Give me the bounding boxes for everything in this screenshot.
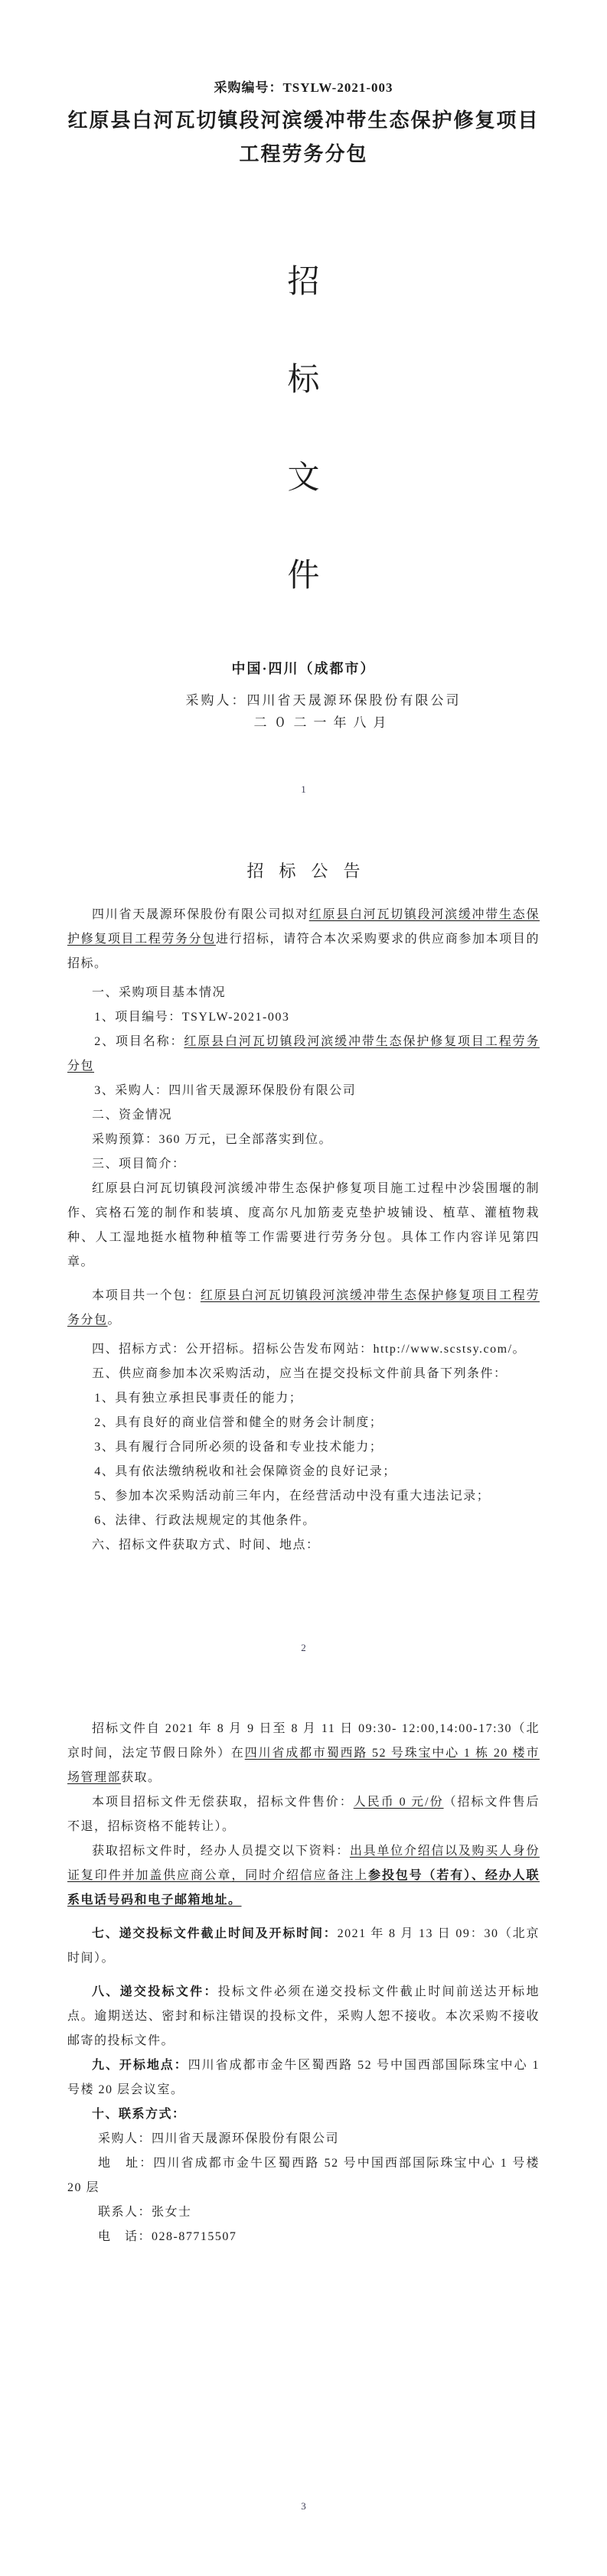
purchaser-item: 3、采购人：四川省天晟源环保股份有限公司 <box>67 1079 540 1103</box>
cover-title: 红原县白河瓦切镇段河滨缓冲带生态保护修复项目 工程劳务分包 <box>54 104 553 171</box>
cover-location: 中国·四川（成都市） <box>0 658 607 678</box>
intro-paragraph: 四川省天晟源环保股份有限公司拟对红原县白河瓦切镇段河滨缓冲带生态保护修复项目工程… <box>67 903 540 976</box>
doc-type-char: 件 <box>287 560 319 592</box>
contact-phone: 电 话：028-87715507 <box>67 2225 540 2249</box>
condition-2: 2、具有良好的商业信誉和健全的财务会计制度； <box>67 1411 540 1435</box>
project-name-item: 2、项目名称：红原县白河瓦切镇段河滨缓冲带生态保护修复项目工程劳务分包 <box>67 1030 540 1079</box>
contact-heading: 十、联系方式： <box>67 2102 540 2127</box>
bidding-document: 采购编号：TSYLW-2021-003 红原县白河瓦切镇段河滨缓冲带生态保护修复… <box>0 0 607 2575</box>
cover-purchaser: 采购人：四川省天晟源环保股份有限公司 <box>40 689 607 708</box>
section-1-heading: 一、采购项目基本情况 <box>67 981 540 1005</box>
condition-1: 1、具有独立承担民事责任的能力； <box>67 1386 540 1411</box>
section-4-line: 四、招标方式：公开招标。招标公告发布网站：http://www.scstsy.c… <box>67 1337 540 1362</box>
page-number-3: 3 <box>0 2500 607 2512</box>
open-location-paragraph: 九、开标地点：四川省成都市金牛区蜀西路 52 号中国西部国际珠宝中心 1 号楼 … <box>67 2053 540 2102</box>
cover-title-line2: 工程劳务分包 <box>54 138 553 171</box>
doc-type-char: 标 <box>287 364 319 396</box>
announcement-page: 招标公告 四川省天晟源环保股份有限公司拟对红原县白河瓦切镇段河滨缓冲带生态保护修… <box>0 858 607 1717</box>
condition-5: 5、参加本次采购活动前三年内，在经营活动中没有重大违法记录； <box>67 1484 540 1509</box>
condition-3: 3、具有履行合同所必须的设备和专业技术能力； <box>67 1435 540 1460</box>
section-2-heading: 二、资金情况 <box>67 1103 540 1128</box>
materials-paragraph: 获取招标文件时，经办人员提交以下资料：出具单位介绍信以及购买人身份证复印件并加盖… <box>67 1839 540 1913</box>
contact-purchaser: 采购人：四川省天晟源环保股份有限公司 <box>67 2127 540 2151</box>
condition-6: 6、法律、行政法规规定的其他条件。 <box>67 1509 540 1533</box>
section-5-line: 五、供应商参加本次采购活动，应当在提交投标文件前具备下列条件： <box>67 1362 540 1386</box>
page-number-2: 2 <box>0 1642 607 1654</box>
project-number-item: 1、项目编号：TSYLW-2021-003 <box>67 1005 540 1030</box>
cover-date: 二０二一年八月 <box>40 712 607 731</box>
announcement-heading: 招标公告 <box>67 858 540 884</box>
contact-person: 联系人：张女士 <box>67 2200 540 2225</box>
cover-title-line1: 红原县白河瓦切镇段河滨缓冲带生态保护修复项目 <box>54 104 553 138</box>
deadline-line: 七、递交投标文件截止时间及开标时间：2021 年 8 月 13 日 09：30（… <box>67 1922 540 1971</box>
detail-page: 招标文件自 2021 年 8 月 9 日至 8 月 11 日 09:30- 12… <box>0 1717 607 2575</box>
budget-line: 采购预算：360 万元，已全部落实到位。 <box>67 1128 540 1152</box>
doc-type-char: 招 <box>287 266 319 298</box>
cover-page: 采购编号：TSYLW-2021-003 红原县白河瓦切镇段河滨缓冲带生态保护修复… <box>0 0 607 858</box>
package-paragraph: 本项目共一个包：红原县白河瓦切镇段河滨缓冲带生态保护修复项目工程劳务分包。 <box>67 1284 540 1333</box>
doc-type-vertical: 招 标 文 件 <box>0 266 607 592</box>
doc-type-char: 文 <box>287 462 319 494</box>
section-3-heading: 三、项目简介： <box>67 1152 540 1177</box>
section-6-line: 六、招标文件获取方式、时间、地点： <box>67 1533 540 1558</box>
procurement-number: 采购编号：TSYLW-2021-003 <box>0 77 607 96</box>
obtain-time-paragraph: 招标文件自 2021 年 8 月 9 日至 8 月 11 日 09:30- 12… <box>67 1717 540 1790</box>
page-number-1: 1 <box>0 783 607 796</box>
contact-address: 地 址：四川省成都市金牛区蜀西路 52 号中国西部国际珠宝中心 1 号楼 20 … <box>67 2151 540 2200</box>
condition-4: 4、具有依法缴纳税收和社会保障资金的良好记录； <box>67 1460 540 1484</box>
price-paragraph: 本项目招标文件无偿获取，招标文件售价：人民币 0 元/份（招标文件售后不退，招标… <box>67 1790 540 1839</box>
submission-paragraph: 八、递交投标文件：投标文件必须在递交投标文件截止时间前送达开标地点。逾期送达、密… <box>67 1980 540 2053</box>
project-brief-paragraph: 红原县白河瓦切镇段河滨缓冲带生态保护修复项目施工过程中沙袋围堰的制作、宾格石笼的… <box>67 1177 540 1275</box>
